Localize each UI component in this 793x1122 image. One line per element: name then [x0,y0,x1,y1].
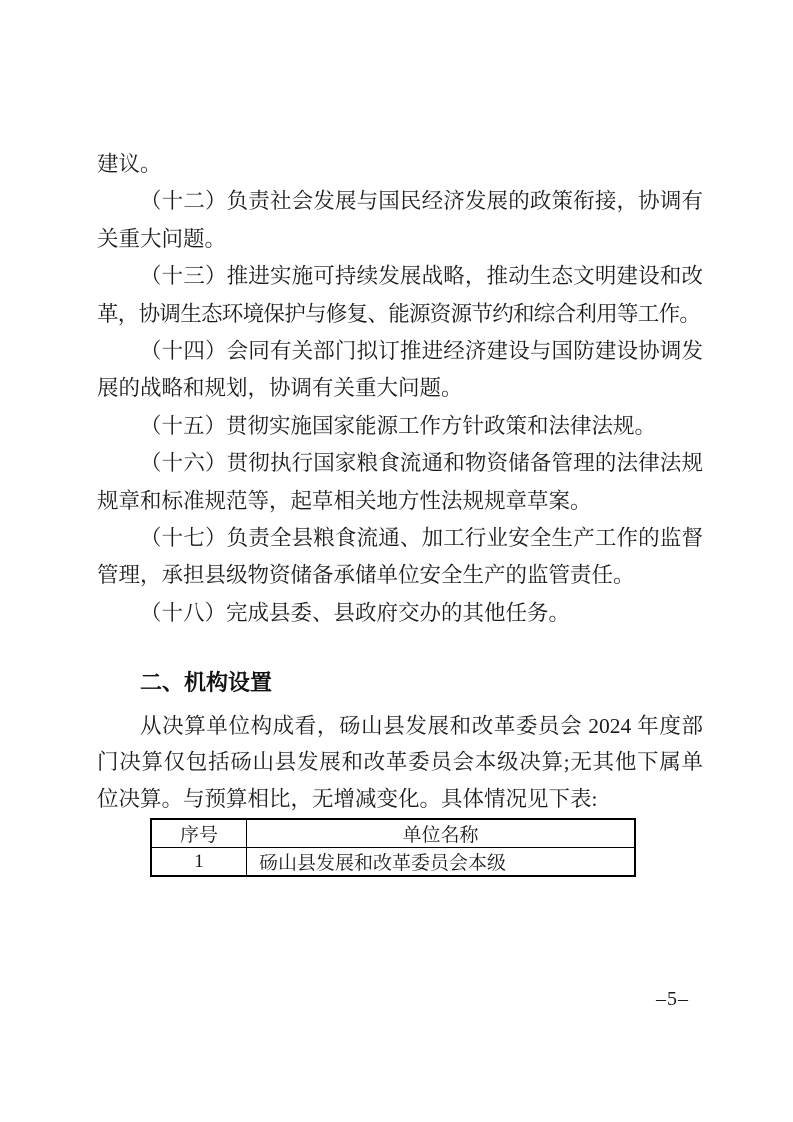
paragraph-line: 革，协调生态环境保护与修复、能源资源节约和综合利用等工作。 [97,296,703,333]
paragraph-line: 展的战略和规划，协调有关重大问题。 [97,370,703,407]
paragraph-line: （十三）推进实施可持续发展战略，推动生态文明建设和改 [97,258,703,295]
table-row: 1 砀山县发展和改革委员会本级 [151,848,635,877]
paragraph-line: （十六）贯彻执行国家粮食流通和物资储备管理的法律法规 [97,445,703,482]
paragraph-line: 关重大问题。 [97,221,703,258]
paragraph-line: （十四）会同有关部门拟订推进经济建设与国防建设协调发 [97,333,703,370]
paragraph-line: （十七）负责全县粮食流通、加工行业安全生产工作的监督 [97,520,703,557]
paragraph-line: （十二）负责社会发展与国民经济发展的政策衔接，协调有 [97,183,703,220]
paragraph-line: （十八）完成县委、县政府交办的其他任务。 [97,595,703,632]
paragraph-line: 规章和标准规范等，起草相关地方性法规规章草案。 [97,483,703,520]
table-cell-seq: 1 [151,848,247,877]
table-header-cell-seq: 序号 [151,819,247,848]
table-header-cell-unit: 单位名称 [247,819,636,848]
document-body: 建议。 （十二）负责社会发展与国民经济发展的政策衔接，协调有 关重大问题。 （十… [97,146,703,877]
paragraph-line: 建议。 [97,146,703,183]
page-number: –5– [656,988,689,1011]
units-table: 序号 单位名称 1 砀山县发展和改革委员会本级 [150,818,636,877]
paragraph-line: 从决算单位构成看，砀山县发展和改革委员会 2024 年度部 [97,708,703,745]
table-header-row: 序号 单位名称 [151,819,635,848]
paragraph-line: 位决算。与预算相比，无增减变化。具体情况见下表: [97,781,703,818]
paragraph-line: 门决算仅包括砀山县发展和改革委员会本级决算;无其他下属单 [97,744,703,781]
paragraph-line: 管理，承担县级物资储备承储单位安全生产的监管责任。 [97,557,703,594]
table-cell-unit: 砀山县发展和改革委员会本级 [247,848,636,877]
section-heading: 二、机构设置 [97,664,703,701]
document-page: 建议。 （十二）负责社会发展与国民经济发展的政策衔接，协调有 关重大问题。 （十… [0,0,793,1122]
paragraph-line: （十五）贯彻实施国家能源工作方针政策和法律法规。 [97,408,703,445]
